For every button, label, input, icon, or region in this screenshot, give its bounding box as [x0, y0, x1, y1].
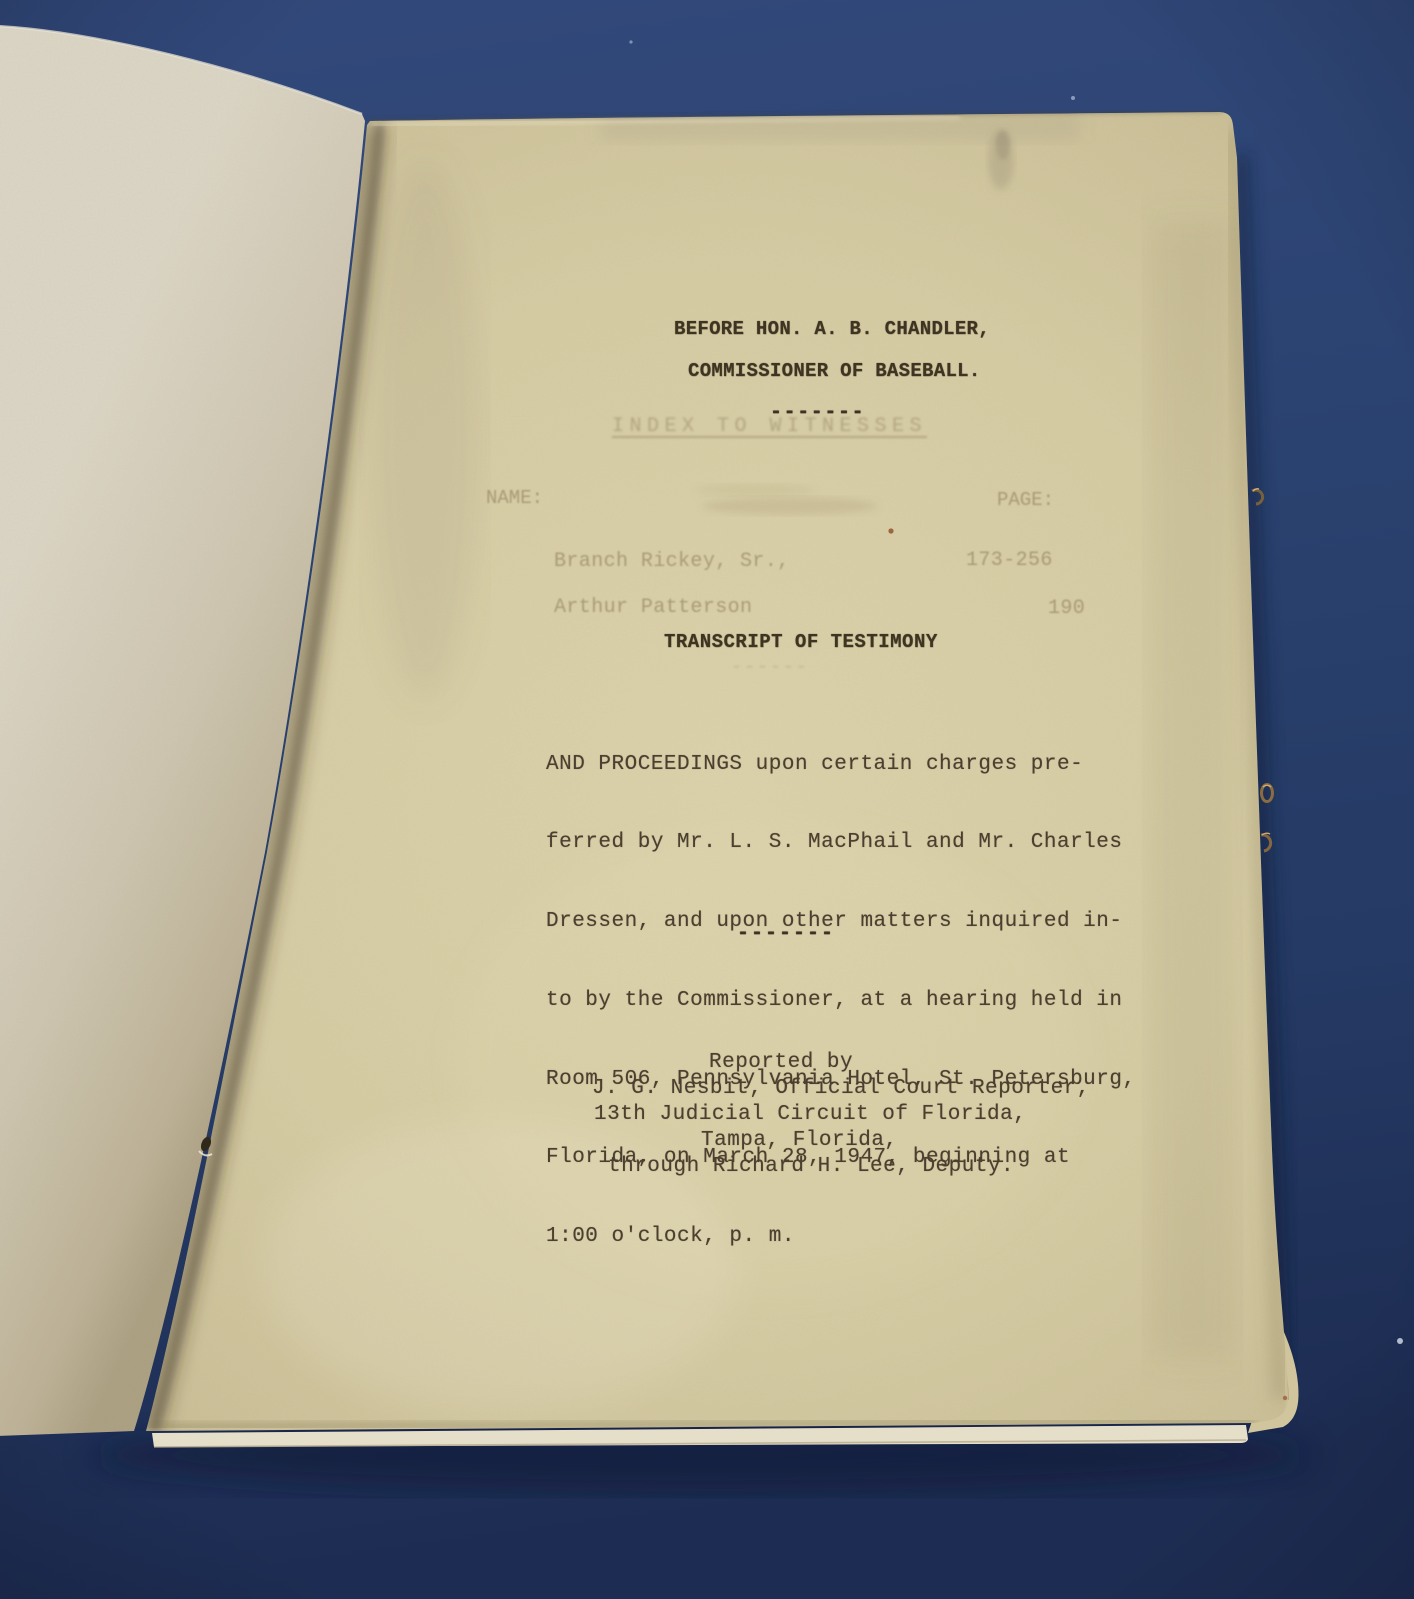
faded-index-title: INDEX TO WITNESSES	[612, 414, 927, 439]
body-line: AND PROCEEDINGS upon certain charges pre…	[546, 752, 1136, 778]
body-line: ferred by Mr. L. S. MacPhail and Mr. Cha…	[546, 830, 1136, 856]
reporter-line: through Richard H. Lee, Deputy.	[608, 1154, 1014, 1180]
body-line: to by the Commissioner, at a hearing hel…	[546, 988, 1136, 1014]
faded-divider-dashes: ------	[731, 656, 808, 680]
reporter-line: 13th Judicial Circuit of Florida,	[594, 1102, 1026, 1128]
faded-index-entry-pages: 190	[1048, 596, 1085, 621]
reporter-line: Reported by	[709, 1050, 853, 1076]
reporter-line: J. G. Nesbit, Official Court Reporter,	[592, 1076, 1090, 1102]
faded-page-label: PAGE:	[997, 489, 1054, 513]
typed-content: BEFORE HON. A. B. CHANDLER, COMMISSIONER…	[0, 0, 1414, 1599]
faded-index-entry-name: Branch Rickey, Sr.,	[554, 549, 790, 574]
body-line: 1:00 o'clock, p. m.	[546, 1224, 1136, 1250]
photo-of-transcript-booklet: BEFORE HON. A. B. CHANDLER, COMMISSIONER…	[0, 0, 1414, 1599]
body-line: Dressen, and upon other matters inquired…	[546, 909, 1136, 935]
body-paragraph: AND PROCEEDINGS upon certain charges pre…	[546, 699, 1136, 1303]
court-heading-line1: BEFORE HON. A. B. CHANDLER,	[674, 318, 990, 342]
reporter-line: Tampa, Florida,	[701, 1128, 898, 1154]
document-title: TRANSCRIPT OF TESTIMONY	[664, 631, 938, 655]
faded-name-label: NAME:	[486, 487, 543, 511]
faded-index-entry-name: Arthur Patterson	[554, 595, 752, 620]
closing-divider-dashes: -------	[737, 921, 835, 946]
faded-index-entry-pages: 173-256	[966, 548, 1053, 573]
court-heading-line2: COMMISSIONER OF BASEBALL.	[688, 360, 981, 384]
